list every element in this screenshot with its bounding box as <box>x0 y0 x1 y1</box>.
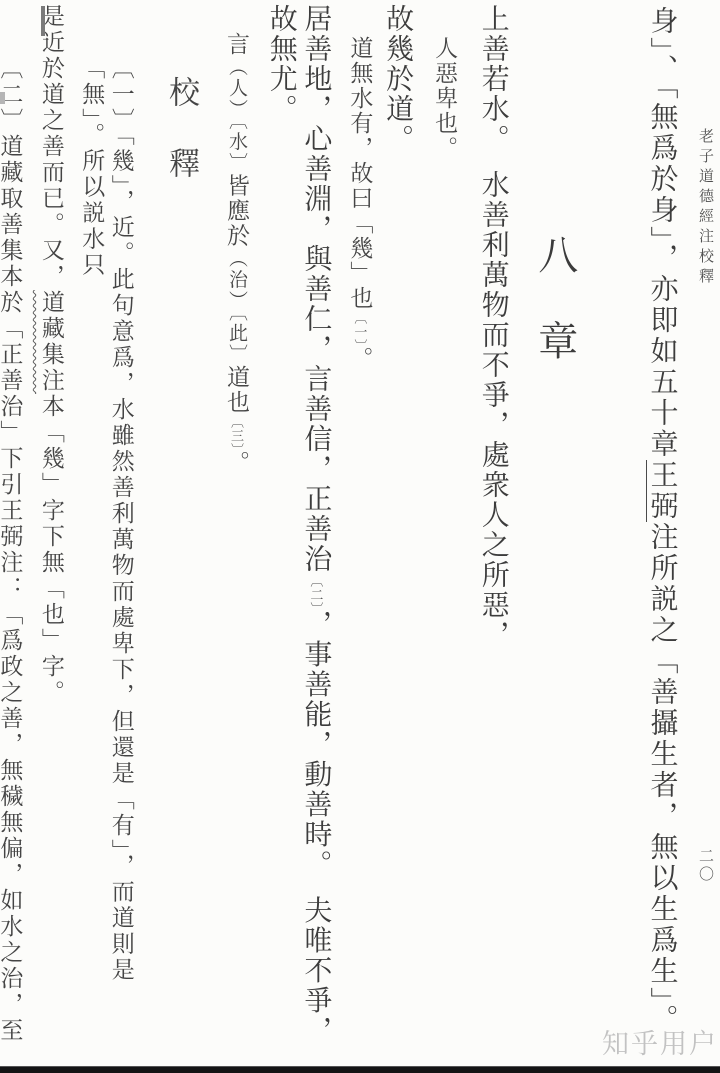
verse-text: 居善地，心善淵，與善仁，言善信，正善治 <box>300 4 331 574</box>
commentary-text: 。 <box>224 451 249 476</box>
scan-speck <box>0 92 5 104</box>
commentary-text: 言 <box>224 32 249 57</box>
emendation-mark: （治）〔此〕 <box>226 249 247 366</box>
collation-note-2-line-1: 〔二〕道藏取善集本於「正善治」下引王弼注：「爲政之善，無穢無偏，如水之治，至清至… <box>0 2 24 1059</box>
carryover-text: 注所説之「善攝生者，無以生爲生」。 <box>647 522 678 1035</box>
note-text: 是近於道之善而已。又， <box>39 4 64 290</box>
book-title: 老子道德經注校釋 <box>697 128 713 288</box>
book-title-mark: 道藏取善集 <box>0 134 22 264</box>
footnote-ref-3: 〔三〕 <box>229 415 244 451</box>
page-number: 二〇 <box>695 848 715 884</box>
proper-name-mark: 王弼 <box>646 460 678 522</box>
note-text: 本「幾」字下無「也」字。 <box>39 394 64 706</box>
chapter-heading: 八章 <box>530 2 580 1059</box>
verse-column-1: 上善若水。 水善利萬物而不爭，處衆人之所惡， <box>475 2 510 1059</box>
collation-note-1-line-1: 〔一〕「幾」，近。此句意爲，水雖然善利萬物而處卑下，但還是「有」，而道則是「無」… <box>77 2 136 1059</box>
commentary-column-2: 道無水有，故曰「幾」也〔一〕。 <box>344 2 373 1059</box>
book-title-mark: 道藏集注 <box>39 290 64 394</box>
commentary-column-3: 言（人）〔水〕皆應於（治）〔此〕道也〔三〕。 <box>221 2 250 1059</box>
commentary-text: 。 <box>347 347 372 372</box>
proper-name-mark: 王弼 <box>0 498 22 550</box>
collation-note-1-line-2: 是近於道之善而已。又，道藏集注本「幾」字下無「也」字。 <box>36 2 65 1059</box>
verse-column-3: 居善地，心善淵，與善仁，言善信，正善治〔二〕，事善能，動善時。 夫唯不爭，故無尤… <box>263 2 332 1059</box>
note-text: 本於「正善治」下引 <box>0 264 22 498</box>
scan-edge-bar <box>0 1066 720 1073</box>
commentary-text: 道無水有，故曰「幾」也 <box>347 36 372 311</box>
vertical-text-area: 老子道德經注校釋二〇 身」、「無爲於身」，亦即如五十章王弼注所説之「善攝生者，無… <box>0 0 720 1067</box>
commentary-text: 皆應於 <box>224 174 249 249</box>
footnote-ref-2: 〔二〕 <box>308 574 323 610</box>
section-heading-jiaoshi: 校釋 <box>161 2 201 1059</box>
commentary-text: 道也 <box>224 365 249 415</box>
scan-speck <box>41 6 45 36</box>
carryover-text-column: 身」、「無爲於身」，亦即如五十章王弼注所説之「善攝生者，無以生爲生」。 <box>644 2 679 1059</box>
emendation-mark: （人）〔水〕 <box>226 57 247 174</box>
verse-column-2: 故幾於道。 <box>379 2 414 1059</box>
zhihu-watermark: 知乎用户 <box>602 1022 718 1061</box>
running-head: 老子道德經注校釋二〇 <box>695 2 715 1059</box>
carryover-text: 身」、「無爲於身」，亦即如五十章 <box>647 6 678 460</box>
commentary-column-1: 人惡卑也。 <box>429 2 458 1059</box>
footnote-ref-1: 〔一〕 <box>352 311 367 347</box>
scanned-book-page: 老子道德經注校釋二〇 身」、「無爲於身」，亦即如五十章王弼注所説之「善攝生者，無… <box>0 0 720 1073</box>
